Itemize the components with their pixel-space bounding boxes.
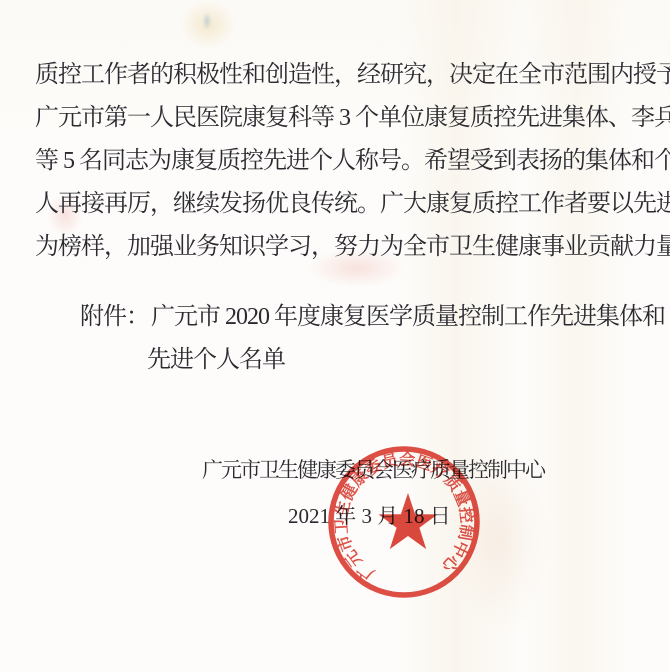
attachment-note: 附件： 广元市 2020 年度康复医学质量控制工作先进集体和 先进个人名单 [80,296,665,382]
signature-organization: 广元市卫生健康委员会医疗质量控制中心 [202,455,544,485]
body-line: 为榜样，加强业务知识学习，努力为全市卫生健康事业贡献力量。 [35,226,670,269]
ink-bleed-artifact [200,8,214,34]
body-line: 质控工作者的积极性和创造性，经研究，决定在全市范围内授予 [35,54,670,97]
attachment-title-line1: 广元市 2020 年度康复医学质量控制工作先进集体和 [151,296,665,339]
ink-bleed-artifact [168,0,248,60]
attachment-title-line2: 先进个人名单 [147,339,665,382]
body-line: 广元市第一人民医院康复科等 3 个单位康复质控先进集体、李兵 [35,97,670,140]
scanned-document-page: 质控工作者的积极性和创造性，经研究，决定在全市范围内授予 广元市第一人民医院康复… [0,0,670,672]
body-paragraph: 质控工作者的积极性和创造性，经研究，决定在全市范围内授予 广元市第一人民医院康复… [35,54,670,269]
body-line: 等 5 名同志为康复质控先进个人称号。希望受到表扬的集体和个 [35,140,670,183]
body-line: 人再接再厉，继续发扬优良传统。广大康复质控工作者要以先进 [35,183,670,226]
signature-date: 2021 年 3 月 18 日 [288,501,451,531]
attachment-label: 附件： [80,296,149,339]
